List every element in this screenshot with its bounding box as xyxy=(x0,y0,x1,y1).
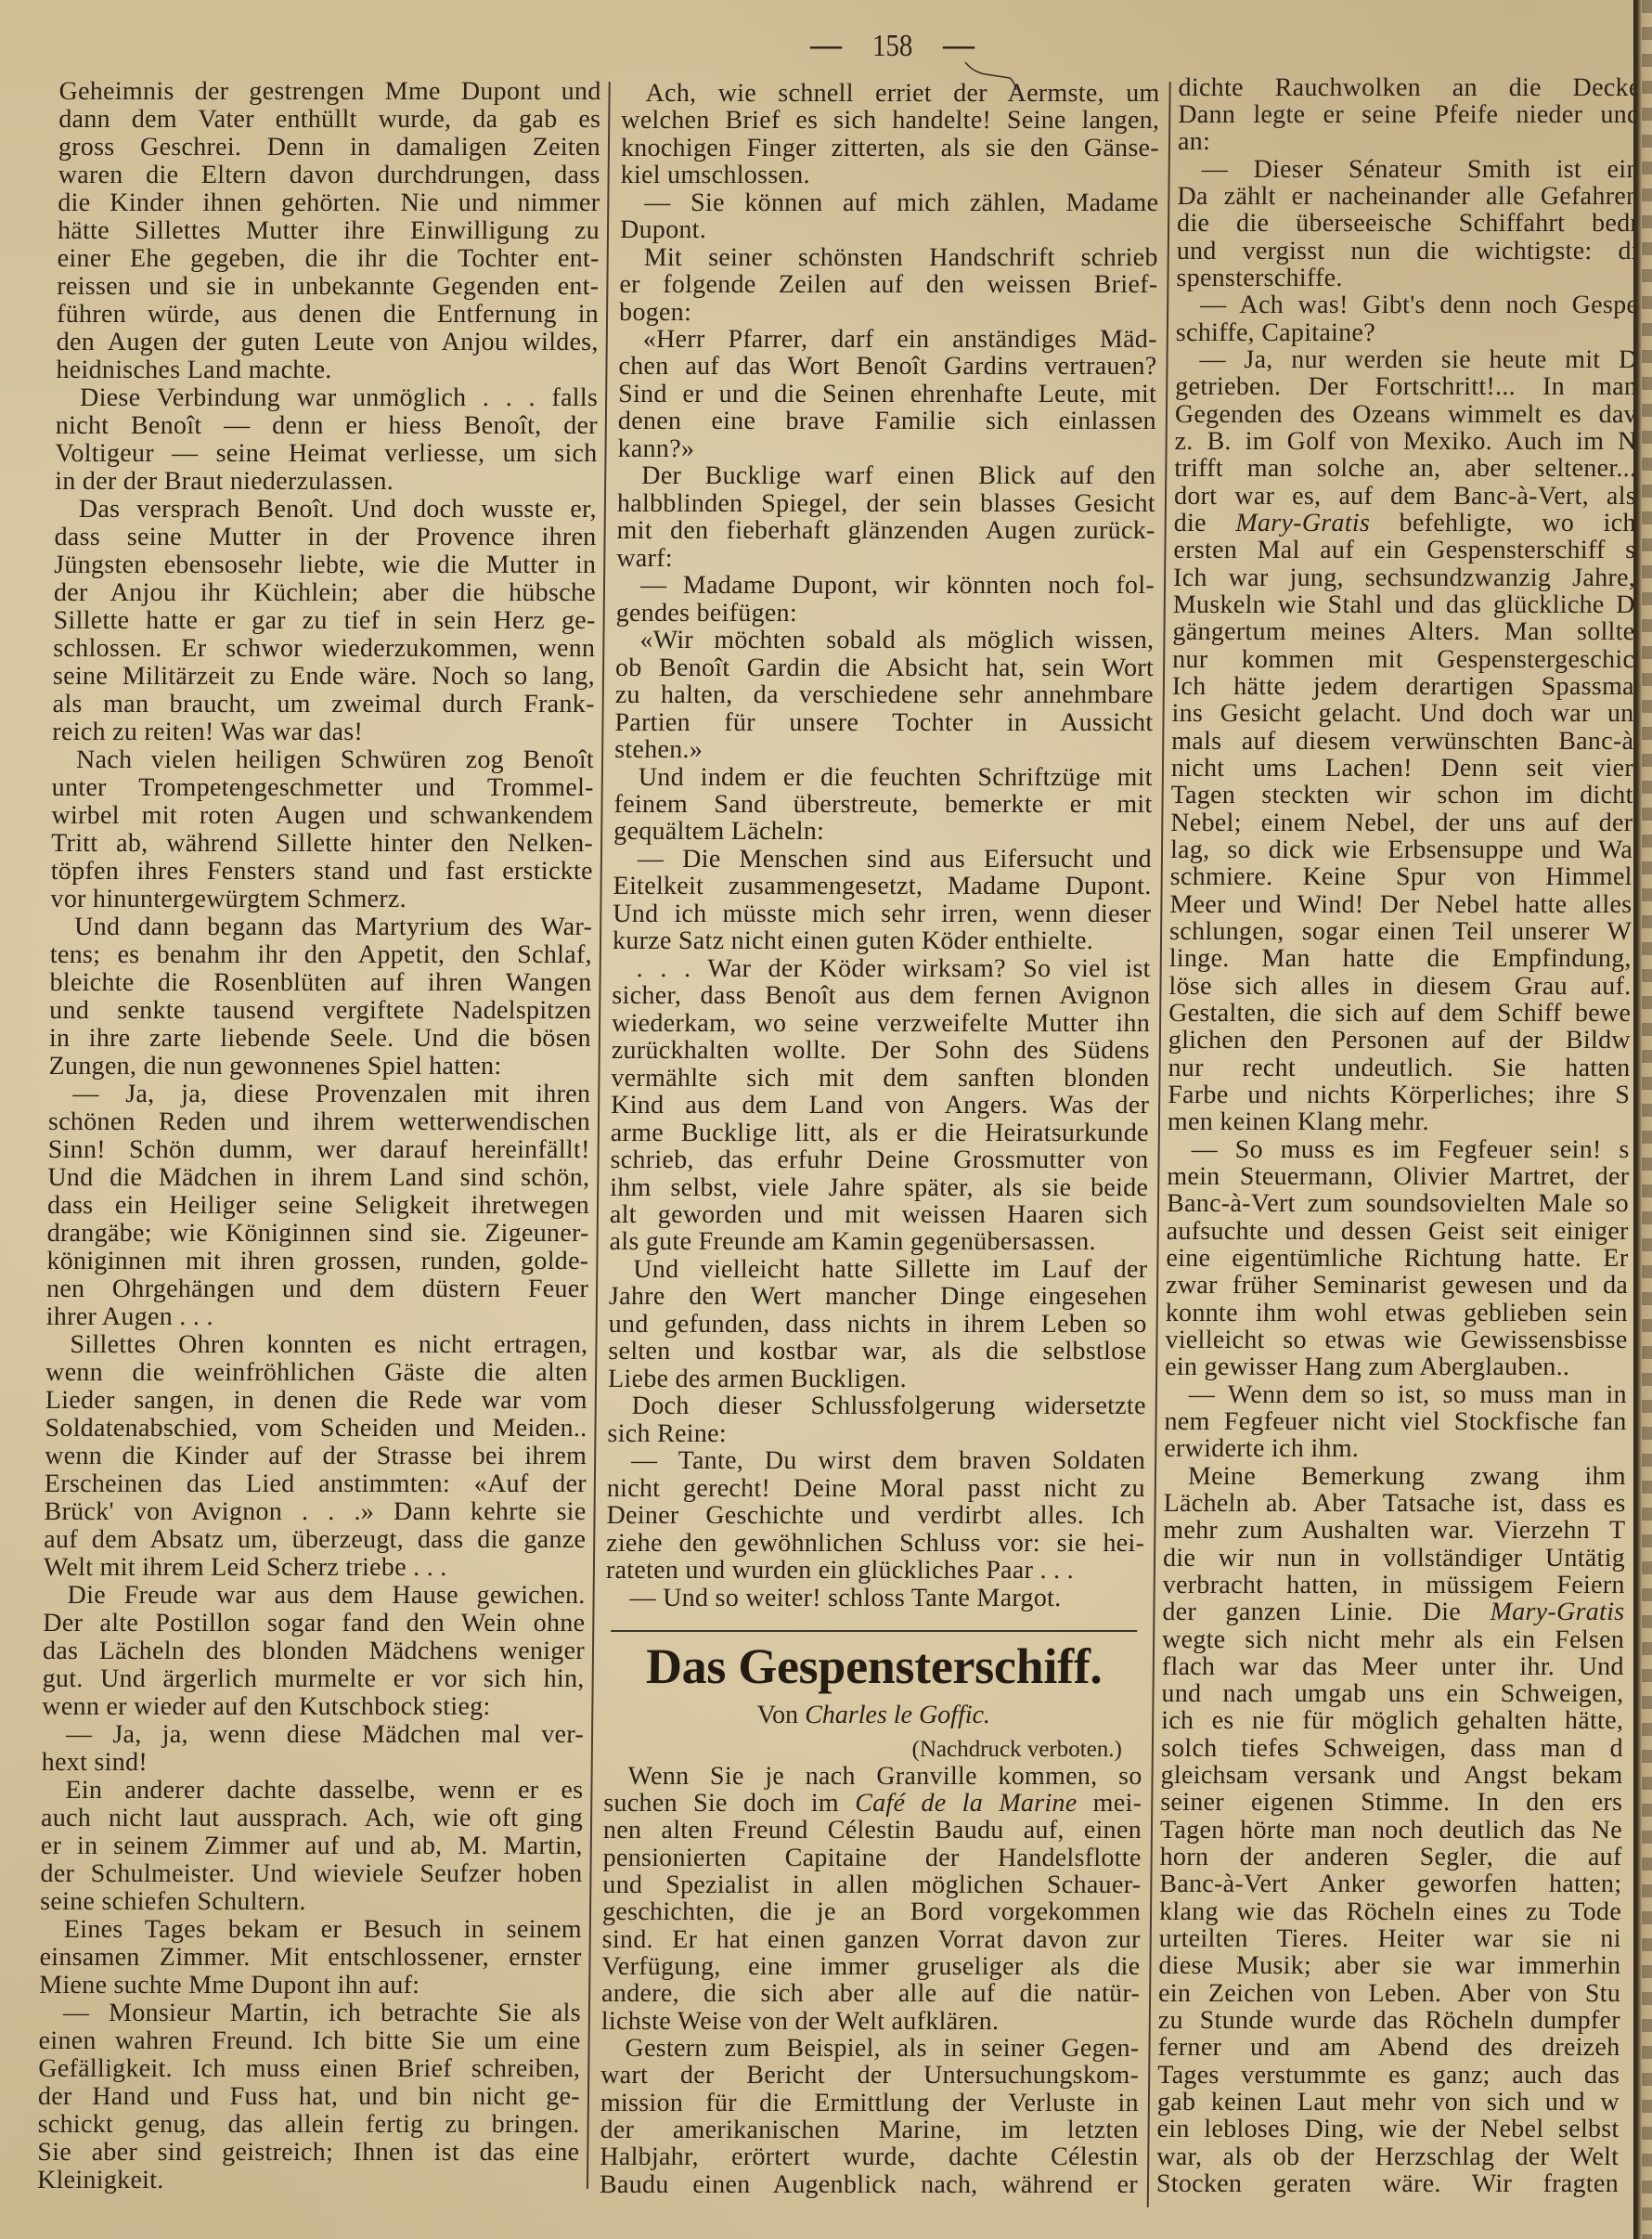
paragraph: — Ja, nur werden sie heute mit Dgetriebe… xyxy=(1168,346,1638,1136)
text-line: sich Reine: xyxy=(607,1420,1145,1447)
text-line: trifft man solche an, aber seltener... xyxy=(1174,455,1636,482)
text-line: mein Steuermann, Olivier Martret, der xyxy=(1167,1163,1629,1190)
text-line: pensionierten Capitaine der Handelsflott… xyxy=(603,1844,1142,1871)
text-line: mehr zum Aushalten war. Vierzehn T xyxy=(1163,1517,1625,1544)
text-line: gängertum meines Alters. Man sollte xyxy=(1172,618,1634,645)
text-line: alt geworden und mit weissen Haaren sich xyxy=(610,1201,1148,1228)
text-line: an: xyxy=(1178,128,1640,155)
text-line: den Augen der guten Leute von Anjou wild… xyxy=(57,329,599,356)
text-line: sind. Er hat einen ganzen Vorrat davon z… xyxy=(602,1926,1141,1953)
text-span: der ganzen Linie. Die xyxy=(1162,1598,1490,1626)
column-1: Geheimnis der gestrengen Mme Dupont undd… xyxy=(37,78,601,2194)
text-line: ein gewisser Hang zum Aberglauben.. xyxy=(1165,1353,1627,1380)
text-line: die die überseeische Schiffahrt bedr xyxy=(1177,210,1639,237)
paragraph: — Monsieur Martin, ich betrachte Sie als… xyxy=(37,2000,581,2194)
text-line: Eitelkeit zusammengesetzt, Madame Dupont… xyxy=(613,873,1151,899)
paragraph: Das versprach Benoît. Und doch wusste er… xyxy=(52,496,597,746)
text-line: auch nicht laut aussprach. Ach, wie oft … xyxy=(41,1805,583,1832)
text-line: glichen den Personen auf der Bildw xyxy=(1168,1027,1631,1054)
text-line: Baudu einen Augenblick nach, während er xyxy=(600,2171,1138,2198)
paragraph: — Madame Dupont, wir könnten noch fol-ge… xyxy=(616,572,1155,627)
text-line: schlungen, sogar einen Teil unserer W xyxy=(1169,918,1632,945)
text-line: Jüngsten ebensosehr liebte, wie die Mutt… xyxy=(54,551,596,579)
text-line: feinem Sand überstreute, bemerkte er mit xyxy=(613,791,1152,818)
text-line: nen alten Freund Célestin Baudu auf, ein… xyxy=(603,1817,1142,1844)
paragraph: Nach vielen heiligen Schwüren zog Benoît… xyxy=(50,746,594,913)
text-line: töpfen ihres Fensters stand und fast ers… xyxy=(51,858,593,886)
text-line: Sie aber sind geistreich; Ihnen ist das … xyxy=(37,2139,579,2167)
text-line: rateten und wurden ein glückliches Paar … xyxy=(606,1557,1144,1584)
text-line: Muskeln wie Stahl und das glückliche D xyxy=(1173,591,1635,618)
text-line: spensterschiffe. xyxy=(1176,265,1638,291)
text-line: andere, die sich aber alle auf die natür… xyxy=(601,1980,1140,2007)
text-line: — Monsieur Martin, ich betrachte Sie als xyxy=(39,2000,581,2027)
text-line: seine Militärzeit zu Ende wäre. Noch so … xyxy=(53,663,595,691)
text-line: mals auf diesem verwünschten Banc-à xyxy=(1171,728,1633,755)
text-line: mission für die Ermittlung der Verluste … xyxy=(600,2090,1139,2116)
text-line: klang wie das Röcheln eines zu Tode xyxy=(1159,1898,1621,1925)
text-line: gut. Und ärgerlich murmelte er vor sich … xyxy=(43,1665,585,1693)
text-line: Ich hätte jedem derartigen Spassma xyxy=(1172,673,1634,700)
text-span: befehligte, wo ich xyxy=(1370,509,1636,537)
text-line: nur recht undeutlich. Sie hatten xyxy=(1168,1055,1630,1081)
text-line: Welt mit ihrem Leid Scherz triebe . . . xyxy=(44,1554,586,1582)
text-line: suchen Sie doch im Café de la Marine mei… xyxy=(603,1790,1142,1817)
paragraph: Eines Tages bekam er Besuch in seinemein… xyxy=(39,1916,582,2000)
text-line: wenn die weinfröhlichen Gäste die alten xyxy=(45,1359,587,1387)
text-line: Tagen steckten wir schon im dicht xyxy=(1171,782,1633,809)
text-line: stehen.» xyxy=(614,736,1153,763)
text-line: ob Benoît Gardin die Absicht hat, sein W… xyxy=(615,654,1154,681)
text-line: schmiere. Keine Spur von Himmel xyxy=(1170,863,1633,890)
paragraph: Diese Verbindung war unmöglich . . . fal… xyxy=(55,384,598,496)
text-line: Nach vielen heiligen Schwüren zog Benoît xyxy=(52,746,594,774)
text-line: führen würde, aus denen die Entfernung i… xyxy=(57,301,599,329)
text-line: linge. Man hatte die Empfindung, xyxy=(1169,945,1632,972)
italic-text: Café de la Marine xyxy=(855,1789,1078,1818)
text-line: chen auf das Wort Benoît Gardins vertrau… xyxy=(618,353,1156,380)
text-line: flach war das Meer unter ihr. Und xyxy=(1162,1653,1624,1680)
text-line: löse sich alles in diesem Grau auf. xyxy=(1168,973,1631,1000)
text-line: und Spezialist in allen möglichen Schaue… xyxy=(602,1871,1141,1898)
paragraph: «Herr Pfarrer, darf ein anständiges Mäd-… xyxy=(617,326,1157,462)
paragraph: — Ach was! Gibt's denn noch Gespeschiffe… xyxy=(1176,291,1639,346)
text-span: suchen Sie doch im xyxy=(603,1789,855,1818)
text-line: vor hinuntergewürgtem Schmerz. xyxy=(50,886,592,913)
text-span: mei- xyxy=(1077,1789,1142,1818)
paragraph: . . . War der Köder wirksam? So viel ist… xyxy=(609,955,1150,1256)
text-line: Dann legte er seine Pfeife nieder und xyxy=(1178,101,1640,128)
text-line: arme Bucklige litt, als er die Heiratsur… xyxy=(611,1119,1149,1146)
article-body-column-2: Wenn Sie je nach Granville kommen, sosuc… xyxy=(600,1763,1142,2198)
text-line: ihrer Augen . . . xyxy=(46,1303,588,1331)
paragraph: — Die Menschen sind aus Eifersucht undEi… xyxy=(613,846,1152,955)
text-line: men keinen Klang mehr. xyxy=(1168,1108,1630,1135)
text-line: schlossen. Er schwor wiederzukommen, wen… xyxy=(53,635,595,663)
italic-text: Mary-Gratis xyxy=(1490,1598,1624,1626)
text-line: knochigen Finger zitterten, als sie den … xyxy=(621,135,1159,162)
text-line: er in seinem Zimmer auf und ab, M. Marti… xyxy=(41,1832,583,1860)
text-line: Sinn! Schön dumm, wer darauf hereinfällt… xyxy=(48,1136,590,1164)
text-line: lichste Weise von der Welt aufklären. xyxy=(601,2008,1140,2035)
text-line: Wenn Sie je nach Granville kommen, so xyxy=(603,1763,1142,1790)
text-line: verbracht hatten, in müssigem Feiern xyxy=(1163,1572,1625,1598)
text-line: als gute Freunde am Kamin gegenübersasse… xyxy=(609,1228,1147,1255)
text-line: bleichte die Rosenblüten auf ihren Wange… xyxy=(49,969,591,997)
text-line: Und dann begann das Martyrium des War- xyxy=(50,913,592,941)
text-line: als man braucht, um zweimal durch Frank- xyxy=(53,691,595,718)
paragraph: — So muss es im Fegfeuer sein! smein Ste… xyxy=(1165,1136,1630,1381)
text-line: gross Geschrei. Denn in damaligen Zeiten xyxy=(58,134,600,162)
text-line: Voltigeur — seine Heimat verliesse, um s… xyxy=(55,440,597,468)
text-line: dass seine Mutter in der Provence ihren xyxy=(54,524,596,551)
text-line: Eines Tages bekam er Besuch in seinem xyxy=(40,1916,582,1944)
adjacent-page-text-fragments xyxy=(1642,0,1652,2239)
text-line: Erscheinen das Lied anstimmten: «Auf der xyxy=(45,1470,587,1498)
text-line: Dupont. xyxy=(620,216,1158,243)
byline-author: Charles le Goffic. xyxy=(805,1701,990,1729)
paragraph: — Ja, ja, wenn diese Mädchen mal ver-hex… xyxy=(42,1721,585,1777)
text-line: Ach, wie schnell erriet der Aermste, um xyxy=(621,80,1159,107)
text-line: der amerikanischen Marine, im letzten xyxy=(600,2116,1138,2143)
text-line: Diese Verbindung war unmöglich . . . fal… xyxy=(56,384,598,412)
text-line: königinnen mit ihren grossen, runden, go… xyxy=(46,1248,588,1275)
text-line: Sind er und die Seinen ehrenhafte Leute,… xyxy=(618,381,1156,408)
text-line: drangäbe; wie Königinnen sind sie. Zigeu… xyxy=(47,1220,589,1248)
paragraph: — Und so weiter! schloss Tante Margot. xyxy=(605,1585,1143,1611)
text-line: eine eigentümliche Richtung hatte. Er xyxy=(1166,1245,1628,1272)
text-line: schiffe, Capitaine? xyxy=(1176,319,1638,346)
text-line: in ihre zarte liebende Seele. Und die bö… xyxy=(49,1025,591,1053)
text-line: Tages verstummte es ganz; auch das xyxy=(1157,2062,1620,2089)
text-line: welchen Brief es sich handelte! Seine la… xyxy=(621,107,1159,134)
text-line: zu halten, da verschiedene sehr annehmba… xyxy=(615,681,1154,708)
paragraph: dichte Rauchwolken an die DeckeDann legt… xyxy=(1178,74,1641,156)
text-line: mit den fieberhaft glänzenden Augen zurü… xyxy=(616,517,1155,544)
paragraph: Meine Bemerkung zwang ihmLächeln ab. Abe… xyxy=(1156,1463,1626,2198)
paragraph: Ein anderer dachte dasselbe, wenn er esa… xyxy=(40,1777,584,1916)
text-line: Meine Bemerkung zwang ihm xyxy=(1164,1463,1626,1490)
text-line: der Schulmeister. Und wieviele Seufzer h… xyxy=(40,1860,582,1888)
text-line: auf dem Absatz um, überzeugt, dass die g… xyxy=(44,1526,586,1554)
text-line: tens; es benahm ihr den Appetit, den Sch… xyxy=(50,941,592,969)
paragraph: Und dann begann das Martyrium des War-te… xyxy=(48,913,592,1081)
text-line: nur kommen mit Gespenstergeschic xyxy=(1172,646,1634,673)
paragraph: — Sie können auf mich zählen, MadameDupo… xyxy=(620,189,1159,244)
text-line: kann?» xyxy=(617,435,1155,462)
section-rule xyxy=(611,1630,1137,1632)
text-line: kurze Satz nicht einen guten Köder enthi… xyxy=(613,927,1151,954)
text-line: seine schiefen Schultern. xyxy=(40,1888,582,1916)
text-line: — Ja, ja, diese Provenzalen mit ihren xyxy=(48,1081,590,1108)
text-line: Banc-à-Vert Anker geworfen hatten; xyxy=(1159,1870,1621,1897)
paragraph: — Ja, ja, diese Provenzalen mit ihrensch… xyxy=(46,1081,591,1331)
paragraph: Und indem er die feuchten Schriftzüge mi… xyxy=(613,764,1153,846)
italic-text: Mary-Gratis xyxy=(1235,509,1370,537)
text-line: die Mary-Gratis befehligte, wo ich xyxy=(1174,510,1636,537)
paragraph: — Wenn dem so ist, so muss man innem Feg… xyxy=(1164,1381,1627,1463)
text-line: dass ein Heiliger seine Seligkeit ihretw… xyxy=(47,1192,589,1220)
paragraph: Die Freude war aus dem Hause gewichen.De… xyxy=(42,1582,586,1721)
text-line: konnte ihm wohl etwas geblieben sein xyxy=(1166,1300,1628,1327)
text-line: und senkte tausend vergiftete Nadelspitz… xyxy=(49,997,591,1025)
text-line: Zungen, die nun gewonnenes Spiel hatten: xyxy=(48,1053,590,1081)
text-line: wenn die Kinder auf der Strasse bei ihre… xyxy=(45,1443,587,1470)
text-line: Lächeln ab. Aber Tatsache ist, dass es xyxy=(1164,1490,1626,1517)
text-line: Gestern zum Beispiel, als in seiner Gege… xyxy=(600,2035,1139,2062)
text-line: wegte sich nicht mehr als ein Felsen xyxy=(1162,1626,1624,1653)
text-line: selten und kostbar war, als die selbstlo… xyxy=(608,1338,1146,1365)
text-line: und nach umgab uns ein Schweigen, xyxy=(1161,1680,1623,1707)
text-line: wart der Bericht der Untersuchungskom- xyxy=(600,2062,1139,2089)
text-line: ihm selbst, viele Jahre später, als sie … xyxy=(610,1174,1148,1201)
text-line: bogen: xyxy=(619,299,1157,326)
text-line: nem Fegfeuer nicht viel Stockfische fan xyxy=(1164,1408,1626,1435)
text-line: «Wir möchten sobald als möglich wissen, xyxy=(615,627,1154,654)
text-line: vermählte sich mit dem sanften blonden xyxy=(611,1065,1149,1092)
text-line: Sillettes Ohren konnten es nicht ertrage… xyxy=(45,1331,587,1359)
text-line: unter Trompetengeschmetter und Trommel- xyxy=(52,774,594,802)
text-line: Meer und Wind! Der Nebel hatte alles xyxy=(1169,891,1632,918)
text-line: — Ja, nur werden sie heute mit D xyxy=(1175,346,1637,373)
text-line: ersten Mal auf ein Gespensterschiff s xyxy=(1173,537,1635,563)
text-line: — Wenn dem so ist, so muss man in xyxy=(1165,1381,1627,1408)
text-line: Gefälligkeit. Ich muss einen Brief schre… xyxy=(38,2055,580,2083)
text-line: einer Ehe gegeben, die ihr die Tochter e… xyxy=(58,245,600,273)
text-line: heidnisches Land machte. xyxy=(56,356,598,384)
text-line: Nebel; einem Nebel, der uns auf der xyxy=(1170,809,1633,836)
text-line: Der alte Postillon sogar fand den Wein o… xyxy=(43,1610,585,1637)
text-line: wiederkam, wo seine verzweifelte Mutter … xyxy=(612,1010,1150,1037)
text-line: in der der Braut niederzulassen. xyxy=(55,468,597,496)
text-line: solch tiefes Schweigen, dass man d xyxy=(1161,1735,1623,1762)
column-2: Ach, wie schnell erriet der Aermste, umw… xyxy=(605,80,1159,1611)
text-line: Tagen hörte man noch deutlich das Ne xyxy=(1160,1817,1622,1844)
text-line: der ganzen Linie. Die Mary-Gratis xyxy=(1162,1598,1624,1625)
text-line: urteilten Tieres. Heiter war sie ni xyxy=(1159,1925,1621,1952)
text-line: Stocken geraten wäre. Wir fragten xyxy=(1156,2170,1619,2197)
text-line: — So muss es im Fegfeuer sein! s xyxy=(1168,1136,1630,1163)
text-line: kiel umschlossen. xyxy=(620,162,1158,188)
text-line: Und vielleicht hatte Sillette im Lauf de… xyxy=(609,1256,1147,1283)
text-line: Und die Mädchen in ihrem Land sind schön… xyxy=(47,1164,589,1192)
text-line: . . . War der Köder wirksam? So viel ist xyxy=(613,955,1151,982)
text-line: und vergisst nun die wichtigste: di xyxy=(1177,238,1639,265)
text-line: Die Freude war aus dem Hause gewichen. xyxy=(43,1582,585,1610)
text-line: Brück' von Avignon . . .» Dann kehrte si… xyxy=(44,1498,586,1526)
text-line: gendes beifügen: xyxy=(616,600,1155,627)
text-line: Lieder sangen, in denen die Rede war vom xyxy=(45,1387,587,1415)
article-title: Das Gespensterschiff. xyxy=(605,1641,1144,1691)
text-line: seiner eigenen Stimme. In den ers xyxy=(1160,1789,1622,1816)
paragraph: — Tante, Du wirst dem braven Soldatennic… xyxy=(606,1447,1146,1584)
text-line: aufsuchte und dessen Geist seit einiger xyxy=(1167,1218,1629,1245)
text-span: die xyxy=(1174,509,1236,537)
text-line: horn der anderen Segler, die auf xyxy=(1160,1844,1622,1870)
text-line: ein lebloses Ding, wie der Nebel selbst xyxy=(1156,2116,1619,2142)
text-line: war, als ob der Herzschlag der Welt xyxy=(1156,2143,1619,2170)
text-line: sicher, dass Benoît aus dem fernen Avign… xyxy=(612,982,1150,1009)
column-3: dichte Rauchwolken an die DeckeDann legt… xyxy=(1156,74,1641,2198)
text-line: warf: xyxy=(616,545,1155,572)
text-line: nicht ums Lachen! Denn seit vier xyxy=(1171,755,1633,782)
text-line: wirbel mit roten Augen und schwankendem xyxy=(51,802,593,830)
text-line: hätte Sillettes Mutter ihre Einwilligung… xyxy=(58,217,600,245)
text-line: zwar früher Seminarist gewesen und da xyxy=(1166,1272,1628,1299)
text-line: Halbjahr, erörtert wurde, dachte Célesti… xyxy=(600,2143,1138,2170)
paragraph: Ach, wie schnell erriet der Aermste, umw… xyxy=(620,80,1159,189)
text-line: reich zu reiten! Was war das! xyxy=(52,718,594,746)
text-line: der Anjou ihr Küchlein; aber die hübsche xyxy=(54,579,596,607)
byline-prefix: Von xyxy=(756,1701,798,1729)
text-line: diese Musik; aber sie war immerhin xyxy=(1158,1952,1620,1979)
text-line: Und ich müsste mich sehr irren, wenn die… xyxy=(613,900,1151,927)
text-line: Soldatenabschied, vom Scheiden und Meide… xyxy=(45,1415,587,1443)
paragraph: Doch dieser Schlussfolgerung widersetzte… xyxy=(607,1392,1146,1447)
text-line: dann dem Vater enthüllt wurde, da gab es xyxy=(58,106,600,134)
text-line: Deiner Geschichte und verdirbt alles. Ic… xyxy=(606,1502,1144,1529)
text-line: ich es nie für möglich gehalten hätte, xyxy=(1161,1707,1623,1734)
text-line: nen Ohrgehängen und dem düstern Feuer xyxy=(46,1275,588,1303)
text-line: Ein anderer dachte dasselbe, wenn er es xyxy=(41,1777,583,1805)
text-line: Liebe des armen Buckligen. xyxy=(608,1365,1146,1392)
text-line: z. B. im Golf von Mexiko. Auch im N xyxy=(1174,428,1636,455)
text-line: schönen Reden und ihrem wetterwendischen xyxy=(48,1108,590,1136)
text-line: — Ach was! Gibt's denn noch Gespe xyxy=(1176,291,1638,318)
text-line: Sillette hatte er gar zu tief in sein He… xyxy=(53,607,595,635)
text-line: Geheimnis der gestrengen Mme Dupont und xyxy=(58,78,600,106)
text-line: das Lächeln des blonden Mädchens weniger xyxy=(43,1637,585,1665)
paragraph: Mit seiner schönsten Handschrift schrieb… xyxy=(619,244,1158,326)
text-line: — Madame Dupont, wir könnten noch fol- xyxy=(616,572,1155,599)
text-line: lag, so dick wie Erbsensuppe und Wa xyxy=(1170,836,1633,863)
text-line: Gegenden des Ozeans wimmelt es dav xyxy=(1175,401,1637,428)
text-line: und gefunden, dass nichts in ihrem Leben… xyxy=(609,1311,1147,1338)
text-line: einen wahren Freund. Ich bitte Sie um ei… xyxy=(38,2027,580,2055)
paragraph: «Wir möchten sobald als möglich wissen,o… xyxy=(614,627,1155,763)
text-line: Ich war jung, sechsundzwanzig Jahre, xyxy=(1173,564,1635,591)
text-line: zu Stunde wurde das Röcheln dumpfer xyxy=(1158,2007,1620,2034)
text-line: Farbe und nichts Körperliches; ihre S xyxy=(1168,1081,1630,1108)
text-line: ferner und am Abend des dreizeh xyxy=(1157,2034,1620,2061)
paragraph: Geheimnis der gestrengen Mme Dupont undd… xyxy=(56,78,600,384)
text-line: gleichsam versank und Angst bekam xyxy=(1160,1762,1622,1789)
text-line: vielleicht so etwas wie Gewissensbisse xyxy=(1165,1327,1627,1353)
text-line: geschichten, die je an Bord vorgekommen xyxy=(602,1898,1141,1925)
text-line: Jahre den Wert mancher Dinge eingesehen xyxy=(609,1283,1147,1310)
text-line: — Sie können auf mich zählen, Madame xyxy=(620,189,1158,216)
text-line: Der Bucklige warf einen Blick auf den xyxy=(617,462,1155,489)
text-line: Verfügung, eine immer gruseliger als die xyxy=(601,1953,1140,1980)
article-byline: Von Charles le Goffic. xyxy=(604,1702,1142,1729)
text-line: Gestalten, die sich auf dem Schiff bewe xyxy=(1168,1000,1631,1027)
text-line: schrieb, das erfuhr Deine Grossmutter vo… xyxy=(610,1146,1148,1173)
text-line: Kleinigkeit. xyxy=(37,2167,579,2194)
text-line: Und indem er die feuchten Schriftzüge mi… xyxy=(614,764,1153,791)
text-line: — Dieser Sénateur Smith ist ein xyxy=(1178,156,1640,183)
text-line: ziehe den gewöhnlichen Schluss vor: sie … xyxy=(606,1530,1144,1557)
text-line: die Kinder ihnen gehörten. Nie und nimme… xyxy=(58,189,600,217)
text-line: reissen und sie in unbekannte Gegenden e… xyxy=(57,273,599,301)
text-line: Miene suchte Mme Dupont ihn auf: xyxy=(39,1972,581,2000)
text-line: nicht Benoît — denn er hiess Benoît, der xyxy=(56,412,598,440)
text-line: der Hand und Fuss hat, und bin nicht ge- xyxy=(38,2083,580,2111)
text-line: waren die Eltern davon durchdrungen, das… xyxy=(58,162,600,189)
newspaper-page: — 158 — Geheimnis der gestrengen Mme Dup… xyxy=(0,0,1652,2239)
text-line: dort war es, auf dem Banc-à-Vert, als xyxy=(1174,483,1636,510)
paragraph: Sillettes Ohren konnten es nicht ertrage… xyxy=(44,1331,588,1582)
text-line: gab keinen Laut mehr von sich und w xyxy=(1157,2089,1620,2116)
text-line: wenn er wieder auf den Kutschbock stieg: xyxy=(42,1693,584,1721)
text-line: getrieben. Der Fortschritt!... In man xyxy=(1175,373,1637,400)
paragraph: Gestern zum Beispiel, als in seiner Gege… xyxy=(600,2035,1140,2198)
text-line: einsamen Zimmer. Mit entschlossener, ern… xyxy=(39,1944,581,1972)
text-line: er folgende Zeilen auf den weissen Brief… xyxy=(619,271,1157,298)
reprint-notice: (Nachdruck verboten.) xyxy=(604,1737,1122,1763)
text-line: erwiderte ich ihm. xyxy=(1164,1435,1626,1462)
paragraph: Der Bucklige warf einen Blick auf denhal… xyxy=(616,462,1155,572)
text-line: Banc-à-Vert zum soundsovielten Male so xyxy=(1167,1190,1629,1217)
text-line: Das versprach Benoît. Und doch wusste er… xyxy=(55,496,597,524)
text-line: — Tante, Du wirst dem braven Soldaten xyxy=(607,1447,1145,1474)
text-line: Doch dieser Schlussfolgerung widersetzte xyxy=(608,1392,1146,1419)
text-line: schickt genug, das allein fertig zu brin… xyxy=(38,2111,580,2139)
text-line: halbblinden Spiegel, der sein blasses Ge… xyxy=(617,490,1155,517)
text-line: zurückhalten wollte. Der Sohn des Südens xyxy=(612,1037,1150,1064)
text-line: — Und so weiter! schloss Tante Margot. xyxy=(605,1585,1143,1611)
text-line: nicht gerecht! Deine Moral passt nicht z… xyxy=(607,1475,1145,1502)
text-line: Partien für unsere Tochter in Aussicht xyxy=(614,709,1153,736)
text-line: gequältem Lächeln: xyxy=(613,818,1152,845)
text-line: Da zählt er nacheinander alle Gefahren xyxy=(1177,183,1639,210)
paragraph: — Dieser Sénateur Smith ist einDa zählt … xyxy=(1176,156,1640,292)
text-line: — Die Menschen sind aus Eifersucht und xyxy=(613,846,1152,873)
text-line: hext sind! xyxy=(42,1749,584,1777)
paragraph: Und vielleicht hatte Sillette im Lauf de… xyxy=(608,1256,1148,1392)
paragraph: Wenn Sie je nach Granville kommen, sosuc… xyxy=(601,1763,1142,2035)
text-line: Kind aus dem Land von Angers. Was der xyxy=(611,1092,1149,1119)
text-line: «Herr Pfarrer, darf ein anständiges Mäd- xyxy=(619,326,1157,353)
text-line: Tritt ab, während Sillette hinter den Ne… xyxy=(51,830,593,858)
text-line: dichte Rauchwolken an die Decke xyxy=(1178,74,1640,101)
text-line: ein Zeichen von Leben. Aber von Stu xyxy=(1158,1980,1620,2007)
text-line: ins Gesicht gelacht. Und doch war un xyxy=(1171,700,1633,727)
text-line: denen eine brave Familie sich einlassen xyxy=(618,408,1156,434)
page-content: Geheimnis der gestrengen Mme Dupont undd… xyxy=(0,0,1652,2239)
text-line: — Ja, ja, wenn diese Mädchen mal ver- xyxy=(42,1721,584,1749)
text-line: die wir nun in vollständiger Untätig xyxy=(1163,1545,1625,1572)
text-line: Mit seiner schönsten Handschrift schrieb xyxy=(620,244,1158,271)
